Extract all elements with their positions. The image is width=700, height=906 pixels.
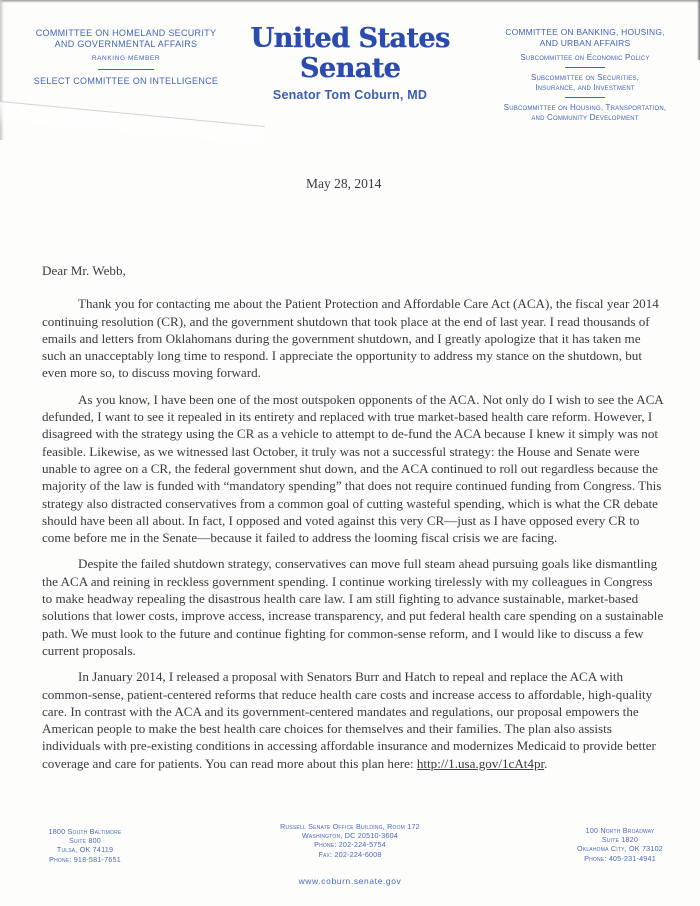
closing-paragraph-text: In January 2014, I released a proposal w…: [42, 669, 656, 770]
letter-date: May 28, 2014: [306, 176, 381, 192]
committee-homeland-line2: AND GOVERNMENTAL AFFAIRS: [18, 39, 234, 50]
footer-tulsa-office: 1800 South Baltimore Suite 800 Tulsa, OK…: [18, 827, 152, 864]
dc-fax-line: Fax: 202-224-6008: [230, 850, 470, 859]
committee-intelligence: SELECT COMMITTEE ON INTELLIGENCE: [18, 76, 234, 87]
committee-banking-line2: AND URBAN AFFAIRS: [472, 38, 698, 49]
scanned-letter-page: COMMITTEE ON HOMELAND SECURITY AND GOVER…: [0, 0, 700, 906]
subcommittee-securities-line2: Insurance, and Investment: [472, 83, 698, 93]
paper-fold-artifact: [0, 101, 265, 153]
paragraph-moving-forward: Despite the failed shutdown strategy, co…: [42, 555, 664, 659]
letterhead-right-committees: COMMITTEE ON BANKING, HOUSING, AND URBAN…: [472, 27, 698, 123]
footer-okc-office: 100 North Broadway Suite 1820 Oklahoma C…: [542, 826, 698, 863]
dc-building-line: Russell Senate Office Building, Room 172: [230, 822, 470, 831]
okc-phone-line: Phone: 405-231-4941: [542, 854, 698, 863]
tulsa-address-line: 1800 South Baltimore: [18, 827, 152, 836]
senator-website: www.coburn.senate.gov: [0, 876, 700, 886]
plan-url-link: http://1.usa.gov/1cAt4pr: [417, 756, 544, 771]
paragraph-burr-hatch-proposal: In January 2014, I released a proposal w…: [42, 668, 664, 772]
ranking-member-label: RANKING MEMBER: [18, 53, 234, 64]
dc-phone-line: Phone: 202-224-5754: [230, 840, 470, 849]
tulsa-suite-line: Suite 800: [18, 836, 152, 845]
subcommittee-securities-line1: Subcommittee on Securities,: [472, 73, 698, 83]
letterhead-center: United States Senate Senator Tom Coburn,…: [232, 24, 468, 102]
subcommittee-housing-line2: and Community Development: [472, 113, 698, 123]
senator-name: Senator Tom Coburn, MD: [232, 88, 468, 102]
letter-body: Dear Mr. Webb, Thank you for contacting …: [42, 262, 664, 772]
tulsa-phone-line: Phone: 918-581-7651: [18, 855, 152, 864]
salutation: Dear Mr. Webb,: [42, 262, 664, 279]
okc-suite-line: Suite 1820: [542, 835, 698, 844]
divider-rule: [565, 97, 605, 98]
footer-dc-office: Russell Senate Office Building, Room 172…: [230, 822, 470, 859]
subcommittee-housing-line1: Subcommittee on Housing, Transportation,: [472, 103, 698, 113]
committee-homeland-line1: COMMITTEE ON HOMELAND SECURITY: [18, 28, 234, 39]
scan-top-edge-artifact: [0, 0, 700, 3]
okc-city-line: Oklahoma City, OK 73102: [542, 844, 698, 853]
divider-rule: [565, 67, 605, 68]
closing-paragraph-period: .: [544, 756, 547, 771]
tulsa-city-line: Tulsa, OK 74119: [18, 845, 152, 854]
paragraph-shutdown-apology: Thank you for contacting me about the Pa…: [42, 295, 664, 381]
letterhead-left-committees: COMMITTEE ON HOMELAND SECURITY AND GOVER…: [18, 28, 234, 87]
paragraph-aca-opposition: As you know, I have been one of the most…: [42, 391, 664, 547]
divider-rule: [98, 69, 154, 70]
committee-banking-line1: COMMITTEE ON BANKING, HOUSING,: [472, 27, 698, 38]
senate-title: United States Senate: [232, 24, 468, 84]
okc-address-line: 100 North Broadway: [542, 826, 698, 835]
subcommittee-economic-policy: Subcommittee on Economic Policy: [472, 53, 698, 63]
dc-city-line: Washington, DC 20510-3604: [230, 831, 470, 840]
